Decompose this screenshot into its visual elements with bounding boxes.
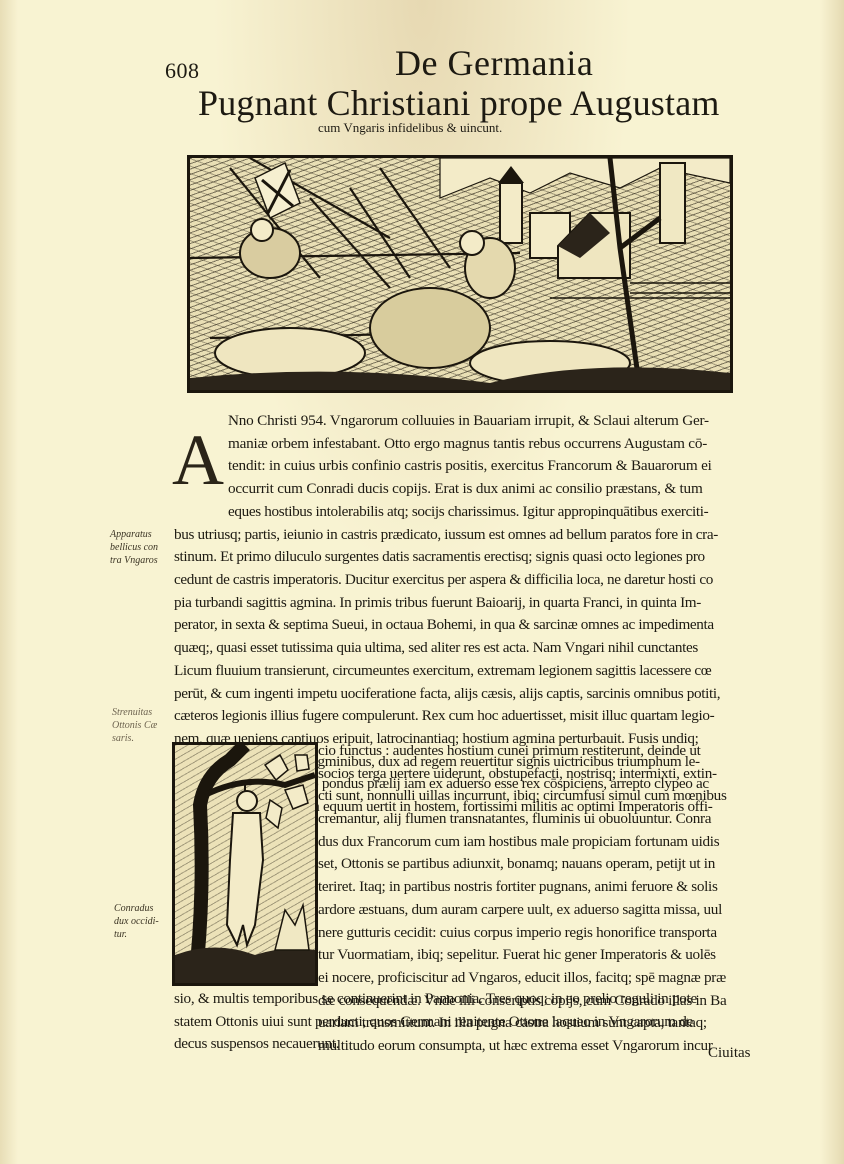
battle-woodcut-illustration — [187, 155, 733, 393]
scanned-page: 608 De Germania Pugnant Christiani prope… — [0, 0, 844, 1164]
text-line: cio functus : audentes hostium cunei pri… — [318, 740, 727, 763]
margin-note-apparatus: Apparatus bellicus con tra Vngaros — [110, 528, 158, 567]
battle-scene-icon — [190, 158, 730, 390]
text-line: cremantur, alij flumen transnatantes, fl… — [318, 808, 727, 831]
text-line: teriret. Itaq; in partibus nostris forti… — [318, 876, 727, 899]
page-number: 608 — [165, 58, 200, 84]
text-line: perūt, & cum ingenti impetu uociferation… — [174, 683, 720, 706]
text-line: Licum fluuium transierunt, circumeuntes … — [174, 660, 720, 683]
text-line: cæteros legionis illius fugere compuleru… — [174, 705, 720, 728]
text-line: set, Ottonis se partibus adiunxit, bonam… — [318, 853, 727, 876]
chapter-title: Pugnant Christiani prope Augustam — [198, 82, 720, 124]
text-line: ei nocere, proficiscitur ad Vngaros, edu… — [318, 967, 727, 990]
text-line: occurrit cum Conradi ducis copijs. Erat … — [228, 478, 712, 501]
text-block-closing: sio, & multis temporibus se continuerint… — [174, 988, 697, 1056]
text-line: tendit: in cuius urbis confinio castris … — [228, 455, 712, 478]
chapter-subtitle: cum Vngaris infidelibus & uincunt. — [318, 120, 502, 136]
text-line: perator, in sexta & septima Sueui, in oc… — [174, 614, 720, 637]
text-line: socios terga uertere uiderunt, obstupefa… — [318, 763, 727, 786]
drop-cap-initial: A — [172, 428, 224, 492]
text-line: stinum. Et primo diluculo surgentes dati… — [174, 546, 720, 569]
text-line: eques hostibus intolerabilis atq; socijs… — [174, 501, 720, 524]
text-line: tur Vuormatiam, ibiq; sepelitur. Fuerat … — [318, 944, 727, 967]
text-line: nere gutturis cecidit: cuius corpus impe… — [318, 922, 727, 945]
margin-note-strenuitas: Strenuitas Ottonis Cæ saris. — [112, 706, 157, 745]
text-block-opening: Nno Christi 954. Vngarorum colluuies in … — [228, 410, 712, 501]
catchword: Ciuitas — [708, 1045, 751, 1062]
text-line: pia turbandi sagittis agmina. In primis … — [174, 592, 720, 615]
margin-note-conradus: Conradus dux occidi- tur. — [114, 902, 159, 941]
text-line: cedunt de castris imperatoris. Ducitur e… — [174, 569, 720, 592]
text-line: sio, & multis temporibus se continuerint… — [174, 988, 697, 1011]
text-line: dus dux Francorum cum iam hostibus male … — [318, 831, 727, 854]
text-line: maniæ orbem infestabant. Otto ergo magnu… — [228, 433, 712, 456]
text-line: quæq;, quasi esset tutissima quia ultima… — [174, 637, 720, 660]
text-line: decus suspensos necauerunt. — [174, 1033, 697, 1056]
running-head: De Germania — [395, 42, 593, 84]
hanged-figure-icon — [175, 745, 315, 983]
text-line: cti sunt, nonnulli uillas incurrunt, ibi… — [318, 785, 727, 808]
text-line: statem Ottonis uiui sunt perducti, quos … — [174, 1011, 697, 1034]
hanging-woodcut-illustration — [172, 742, 318, 986]
text-line: ardore æstuans, dum auram carpere uult, … — [318, 899, 727, 922]
text-line: Nno Christi 954. Vngarorum colluuies in … — [228, 410, 712, 433]
text-line: bus utriusq; partis, ieiunio in castris … — [174, 524, 720, 547]
